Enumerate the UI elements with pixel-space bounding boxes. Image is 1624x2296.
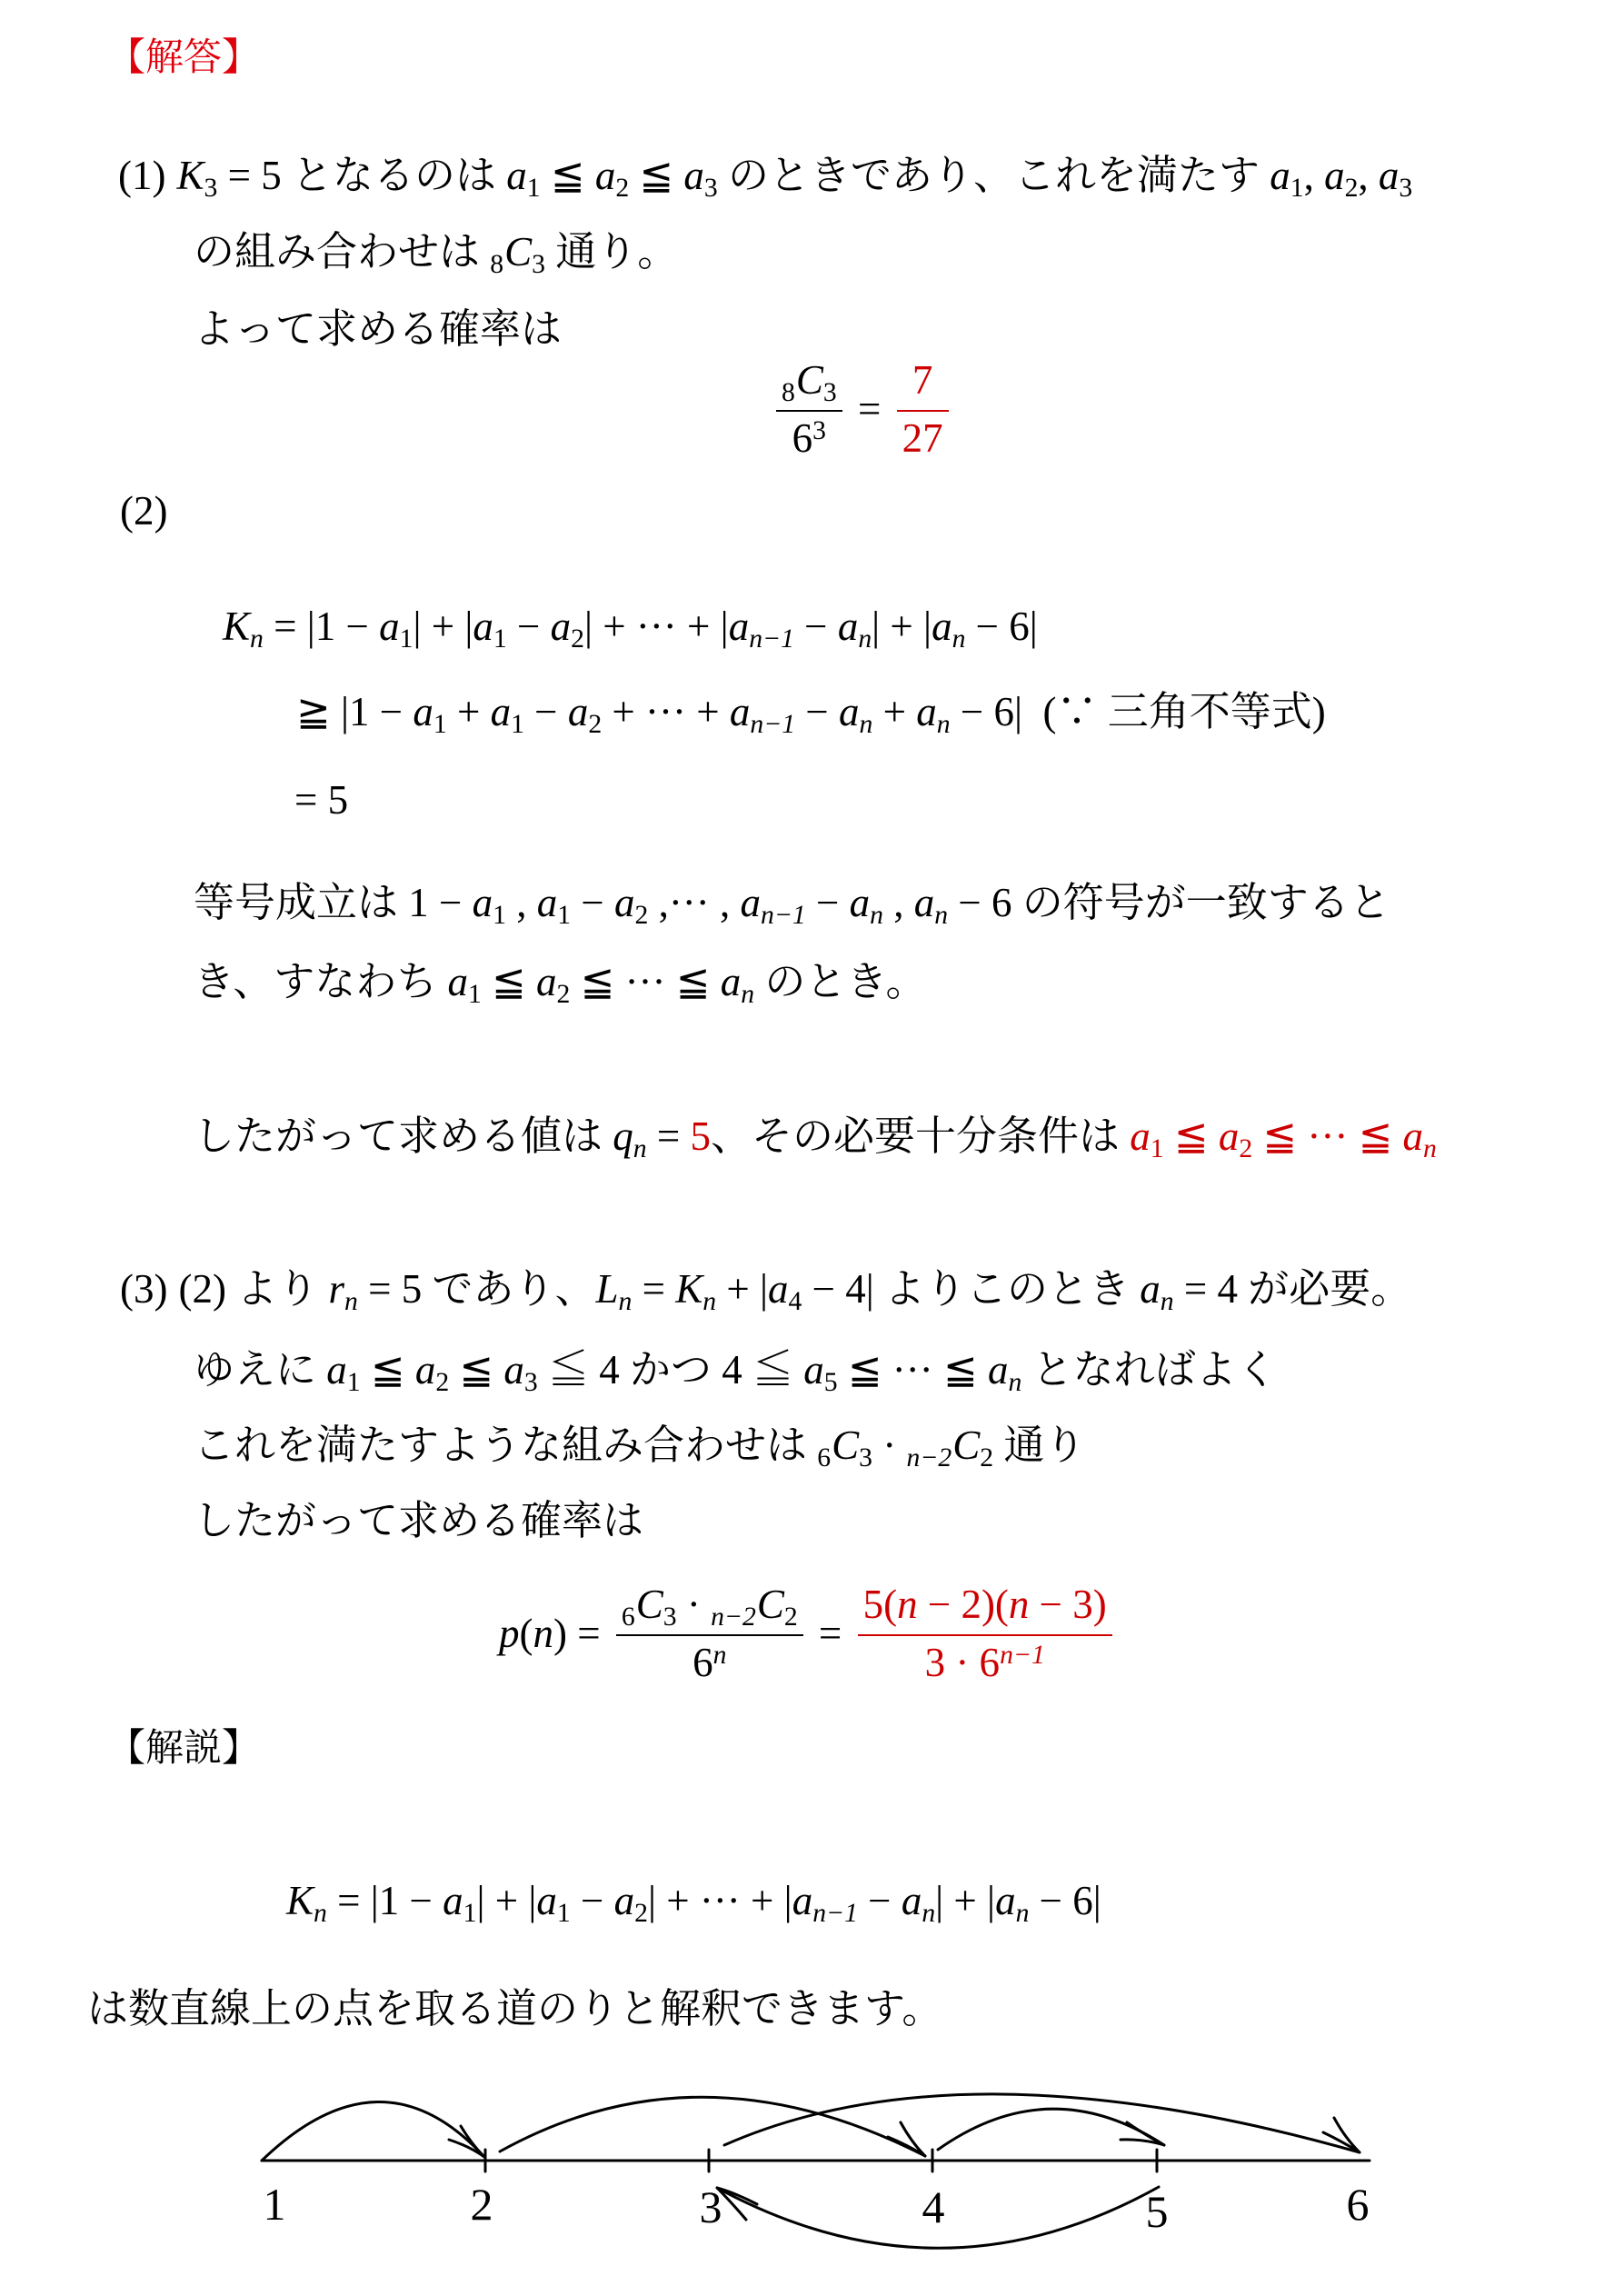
tick-label-5: 5 (1146, 2186, 1169, 2237)
math-sub: 3 (663, 1602, 677, 1632)
math-sub: 3 (859, 1442, 872, 1473)
math-var: a (995, 1878, 1016, 1925)
number-line-diagram: 1 2 3 4 5 6 (0, 2072, 1624, 2296)
body-text: の組み合わせは (194, 229, 490, 276)
math-sub: n−1 (749, 624, 794, 654)
part2-label: (2) (120, 488, 167, 535)
math-var: a (536, 1878, 557, 1925)
math-text: − (806, 880, 850, 927)
math-var: a (741, 880, 762, 927)
fraction: 6C3 · n−2C2 6n (616, 1582, 803, 1687)
math-sub: n (1008, 1367, 1021, 1398)
math-sub: 1 (557, 900, 571, 931)
math-var: a (803, 1347, 824, 1394)
math-text: | + | (872, 604, 932, 651)
math-text: + (872, 689, 916, 736)
math-sub: 2 (557, 979, 571, 1010)
tick-label-6: 6 (1347, 2179, 1370, 2230)
math-op: , (1358, 153, 1379, 200)
math-sup: n−1 (1000, 1640, 1045, 1671)
math-var: a (447, 959, 468, 1006)
math-sub: 1 (527, 173, 541, 204)
math-sub: n (1016, 1898, 1030, 1929)
math-op: ≦ (629, 153, 683, 200)
math-sub: 1 (1290, 173, 1304, 204)
math-sub: n (619, 1286, 633, 1317)
part3-label: (3) (120, 1266, 167, 1313)
math-var: a (683, 153, 704, 200)
answer-value: 5 (691, 1113, 712, 1161)
math-presub: 8 (782, 377, 795, 408)
math-text: ≧ |1 − (296, 689, 413, 736)
math-text: − 6| (965, 604, 1037, 651)
math-sub: n (860, 709, 873, 740)
math-var: a (730, 689, 751, 736)
explanation-text: は数直線上の点を取る道のりと解釈できます。 (87, 1986, 942, 2033)
body-text: = 4 が必要。 (1174, 1266, 1412, 1313)
fraction-denominator: 63 (776, 410, 842, 463)
math-var: a (916, 689, 937, 736)
math-sub: 2 (571, 624, 584, 654)
body-text: き、すなわち (194, 959, 447, 1006)
math-text: − (507, 604, 551, 651)
tick-label-4: 4 (922, 2181, 945, 2232)
math-base: 6 (692, 1640, 713, 1687)
fraction-numerator: 5( n − 2)( n − 3) (858, 1582, 1112, 1634)
math-presub: 6 (817, 1442, 831, 1473)
equals-sign: = (809, 1611, 852, 1658)
body-text: よって求める確率は (194, 306, 562, 354)
math-sub: 2 (634, 900, 648, 931)
body-text: 、その必要十分条件は (711, 1113, 1130, 1161)
body-text: − 4| よりこのとき (802, 1266, 1140, 1313)
math-var: a (536, 959, 557, 1006)
math-sub: n (934, 900, 948, 931)
math-sub: 2 (1239, 1133, 1252, 1164)
math-text: − 2)( (918, 1582, 1009, 1629)
explanation-equation: Kn = |1 − a1 | + | a1 − a2 | + ··· + | a… (286, 1878, 1101, 1925)
math-op: ≦ ··· ≦ (838, 1347, 988, 1394)
math-sup: 3 (812, 415, 826, 446)
math-var: a (491, 689, 512, 736)
math-text: ,··· , (648, 880, 740, 927)
math-var: a (850, 880, 871, 927)
math-sub: 2 (980, 1442, 993, 1473)
math-sub: n (314, 1898, 327, 1929)
part1-line3: よって求める確率は (194, 306, 562, 354)
fraction-numerator: 6C3 · n−2C2 (616, 1582, 803, 1634)
math-var: a (839, 689, 860, 736)
math-text: , (883, 880, 914, 927)
math-var: a (1324, 153, 1345, 200)
body-text: = 5 であり、 (358, 1266, 596, 1313)
math-text: | + | (476, 1878, 536, 1925)
math-op: = (647, 1113, 691, 1161)
math-var: a (473, 880, 493, 927)
fraction: 8C3 63 (776, 357, 842, 463)
math-var: C (636, 1582, 663, 1629)
math-op: ≦ (361, 1347, 415, 1394)
math-text: ) = (553, 1611, 611, 1658)
math-var: n (1009, 1582, 1030, 1629)
math-var: a (1219, 1113, 1240, 1161)
math-text: = |1 − (327, 1878, 443, 1925)
math-sub: 5 (824, 1367, 838, 1398)
math-var: a (902, 1878, 922, 1925)
explanation-heading: 【解説】 (107, 1727, 260, 1769)
math-var: C (757, 1582, 784, 1629)
math-sub: n (937, 709, 951, 740)
math-var: n (897, 1582, 918, 1629)
math-text: − 6| (951, 689, 1022, 736)
math-var: a (379, 604, 400, 651)
math-op: ≦ ··· ≦ (1252, 1113, 1402, 1161)
math-sub: 2 (784, 1602, 798, 1632)
math-text: − (858, 1878, 902, 1925)
math-text: − 3) (1029, 1582, 1106, 1629)
part2-text-line2: き、すなわち a1 ≦ a2 ≦ ··· ≦ an のとき。 (194, 959, 927, 1006)
fraction-numerator: 8C3 (776, 357, 842, 410)
math-op: ≦ (449, 1347, 503, 1394)
tick-label-1: 1 (264, 2179, 286, 2230)
math-op: ≦ (482, 959, 536, 1006)
math-sub: 2 (1345, 173, 1359, 204)
math-text: | + ··· + | (648, 1878, 792, 1925)
body-text: これを満たすような組み合わせは (194, 1423, 817, 1470)
body-text: (2) より (178, 1266, 328, 1313)
math-text: = 5 (217, 153, 292, 200)
body-text: 等号成立は 1 − (194, 880, 473, 927)
part1-line1: (1) K3 = 5 となるのは a1 ≦ a2 ≦ a3 のときであり、これを… (118, 153, 1412, 200)
math-sub: 2 (588, 709, 602, 740)
math-sub: 3 (1399, 173, 1412, 204)
math-var: a (1140, 1266, 1161, 1313)
math-sub: 1 (511, 709, 524, 740)
math-var: a (1130, 1113, 1151, 1161)
math-var: a (729, 604, 750, 651)
part1-label: (1) (118, 153, 165, 200)
math-op: = (632, 1266, 675, 1313)
math-var: C (952, 1423, 980, 1470)
math-presub: 8 (490, 249, 503, 280)
math-var: a (537, 880, 558, 927)
fraction-denominator: 27 (897, 410, 949, 463)
arrowhead-icon (888, 2122, 925, 2156)
math-text: − (794, 604, 838, 651)
math-var: a (595, 153, 616, 200)
math-base: 3 · 6 (925, 1640, 1001, 1687)
answer-denominator: 27 (902, 415, 943, 463)
math-sub: n (870, 900, 883, 931)
math-sub: 1 (1151, 1133, 1164, 1164)
math-sub: 1 (433, 709, 447, 740)
part3-line4: したがって求める確率は (194, 1498, 643, 1545)
math-var: a (932, 604, 952, 651)
triangle-inequality-note: (∵ 三角不等式) (1022, 689, 1326, 736)
math-text: = |1 − (264, 604, 379, 651)
answer-fraction: 5( n − 2)( n − 3) 3 · 6n−1 (858, 1582, 1112, 1687)
part3-line1: (3) (2) より rn = 5 であり、 Ln = Kn + | a4 − … (120, 1266, 1411, 1313)
jump-arc-1-to-2 (262, 2101, 484, 2161)
math-var: K (675, 1266, 702, 1313)
math-sub: 2 (435, 1367, 449, 1398)
math-var: a (914, 880, 935, 927)
math-text: − (571, 1878, 614, 1925)
answer-numerator: 7 (912, 357, 933, 404)
body-text: のとき。 (754, 959, 926, 1006)
math-var: p (499, 1611, 520, 1658)
body-text: したがって求める値は (194, 1113, 613, 1161)
math-var: a (792, 1878, 813, 1925)
math-var: a (443, 1878, 463, 1925)
math-var: L (595, 1266, 618, 1313)
part2-equation-line2: ≧ |1 − a1 + a1 − a2 + ··· + an−1 − an + … (296, 689, 1326, 736)
math-sub: n−1 (812, 1898, 858, 1929)
math-sup: n (713, 1640, 727, 1671)
math-sub: 1 (463, 1898, 477, 1929)
math-sub: 3 (524, 1367, 538, 1398)
answer-heading: 【解答】 (107, 36, 260, 78)
math-var: C (796, 357, 823, 404)
math-base: 6 (792, 415, 813, 463)
body-text: ゆえに (194, 1347, 326, 1394)
part3-line2: ゆえに a1 ≦ a2 ≦ a3 ≦ 4 かつ 4 ≦ a5 ≦ ··· ≦ a… (194, 1347, 1278, 1394)
math-op: ≦ ··· ≦ (570, 959, 720, 1006)
math-var: a (768, 1266, 789, 1313)
math-text: ( (520, 1611, 533, 1658)
math-sub: n−1 (750, 709, 795, 740)
part2-equation-line1: Kn = |1 − a1 | + | a1 − a2 | + ··· + | a… (223, 604, 1038, 651)
math-text: 5( (863, 1582, 898, 1629)
math-sub: 4 (788, 1286, 802, 1317)
math-var: a (506, 153, 527, 200)
math-sub: n (952, 624, 966, 654)
math-var: q (613, 1113, 633, 1161)
part1-line2: の組み合わせは 8C3 通り。 (194, 229, 678, 276)
jump-arc-4-to-5 (938, 2109, 1164, 2150)
math-op: · (872, 1423, 907, 1470)
math-text: | + | (413, 604, 473, 651)
math-text: + | (716, 1266, 768, 1313)
body-text: となるのは (292, 153, 506, 200)
math-var: a (1379, 153, 1400, 200)
math-sub: 1 (493, 624, 507, 654)
jump-arc-3-to-6 (724, 2094, 1360, 2152)
math-var: K (286, 1878, 314, 1925)
fraction-denominator: 3 · 6n−1 (858, 1634, 1112, 1687)
math-var: n (533, 1611, 554, 1658)
math-sub: 1 (400, 624, 413, 654)
math-op: ≦ (541, 153, 595, 200)
math-presub: n−2 (711, 1602, 756, 1632)
math-sub: n (858, 624, 872, 654)
equals-sign: = (848, 386, 892, 434)
fraction-denominator: 6n (616, 1634, 803, 1687)
part3-line3: これを満たすような組み合わせは 6C3 · n−2C2 通り (194, 1423, 1085, 1470)
math-text: − (524, 689, 568, 736)
tick-label-2: 2 (471, 2179, 493, 2230)
math-sub: n (1423, 1133, 1437, 1164)
math-sub: 2 (615, 173, 629, 204)
math-var: C (504, 229, 532, 276)
math-sub: n (250, 624, 264, 654)
math-sub: 3 (532, 249, 545, 280)
math-sub: 1 (468, 979, 482, 1010)
fraction-numerator: 7 (897, 357, 949, 410)
part1-probability-fraction: 8C3 63 = 7 27 (771, 357, 954, 463)
math-sub: n (702, 1286, 716, 1317)
math-sub: n (922, 1898, 935, 1929)
body-text: は数直線上の点を取る道のりと解釈できます。 (87, 1986, 942, 2033)
body-text: ≦ 4 かつ 4 ≦ (538, 1347, 804, 1394)
math-sub: 1 (557, 1898, 571, 1929)
body-text: となればよく (1021, 1347, 1277, 1394)
math-text: − (795, 689, 839, 736)
math-var: C (832, 1423, 859, 1470)
math-var: K (176, 153, 204, 200)
part2-equation-line3: = 5 (294, 777, 348, 824)
math-sub: n (344, 1286, 358, 1317)
math-var: a (503, 1347, 524, 1394)
body-text: のときであり、これを満たす (718, 153, 1270, 200)
tick-label-3: 3 (700, 2181, 722, 2232)
math-var: a (838, 604, 859, 651)
math-var: a (988, 1347, 1009, 1394)
math-var: a (326, 1347, 347, 1394)
math-presub: n−2 (906, 1442, 951, 1473)
math-text: + ··· + (602, 689, 730, 736)
math-sub: n−1 (761, 900, 806, 931)
math-var: a (473, 604, 493, 651)
math-var: a (614, 1878, 635, 1925)
body-text: − 6 の符号が一致すると (948, 880, 1390, 927)
math-text: , (506, 880, 537, 927)
body-text: 通り (993, 1423, 1085, 1470)
math-var: a (568, 689, 589, 736)
math-op: , (1304, 153, 1325, 200)
part2-label-line: (2) (120, 488, 167, 535)
math-var: a (1270, 153, 1290, 200)
body-text: したがって求める確率は (194, 1498, 643, 1545)
math-text: + (447, 689, 491, 736)
math-text: = 5 (294, 777, 348, 824)
math-sub: n (741, 979, 754, 1010)
math-sub: 3 (204, 173, 218, 204)
math-op: ≦ (1164, 1113, 1219, 1161)
math-sub: 2 (634, 1898, 648, 1929)
math-sub: 3 (704, 173, 718, 204)
math-var: r (328, 1266, 344, 1313)
math-var: a (614, 880, 635, 927)
math-text: − (571, 880, 614, 927)
math-var: a (413, 689, 433, 736)
part3-probability-formula: p ( n ) = 6C3 · n−2C2 6n = 5( n − 2)( n … (499, 1582, 1118, 1687)
answer-fraction: 7 27 (897, 357, 949, 463)
math-var: a (551, 604, 572, 651)
math-text: | + ··· + | (584, 604, 729, 651)
math-sub: 1 (493, 900, 506, 931)
math-text: − 6| (1029, 1878, 1101, 1925)
math-var: a (721, 959, 742, 1006)
math-var: a (415, 1347, 436, 1394)
part2-text-line1: 等号成立は 1 − a1 , a1 − a2 ,··· , an−1 − an … (194, 880, 1390, 927)
math-sub: 1 (347, 1367, 361, 1398)
body-text: 通り。 (545, 229, 678, 276)
math-sub: n (1161, 1286, 1174, 1317)
math-presub: 6 (622, 1602, 635, 1632)
math-sub: n (633, 1133, 647, 1164)
math-var: a (1403, 1113, 1424, 1161)
part2-conclusion-line: したがって求める値は qn = 5 、その必要十分条件は a1 ≦ a2 ≦ ·… (194, 1113, 1437, 1161)
math-sub: 3 (823, 377, 837, 408)
math-var: K (223, 604, 250, 651)
math-text: | + | (935, 1878, 995, 1925)
math-op: · (677, 1582, 712, 1629)
